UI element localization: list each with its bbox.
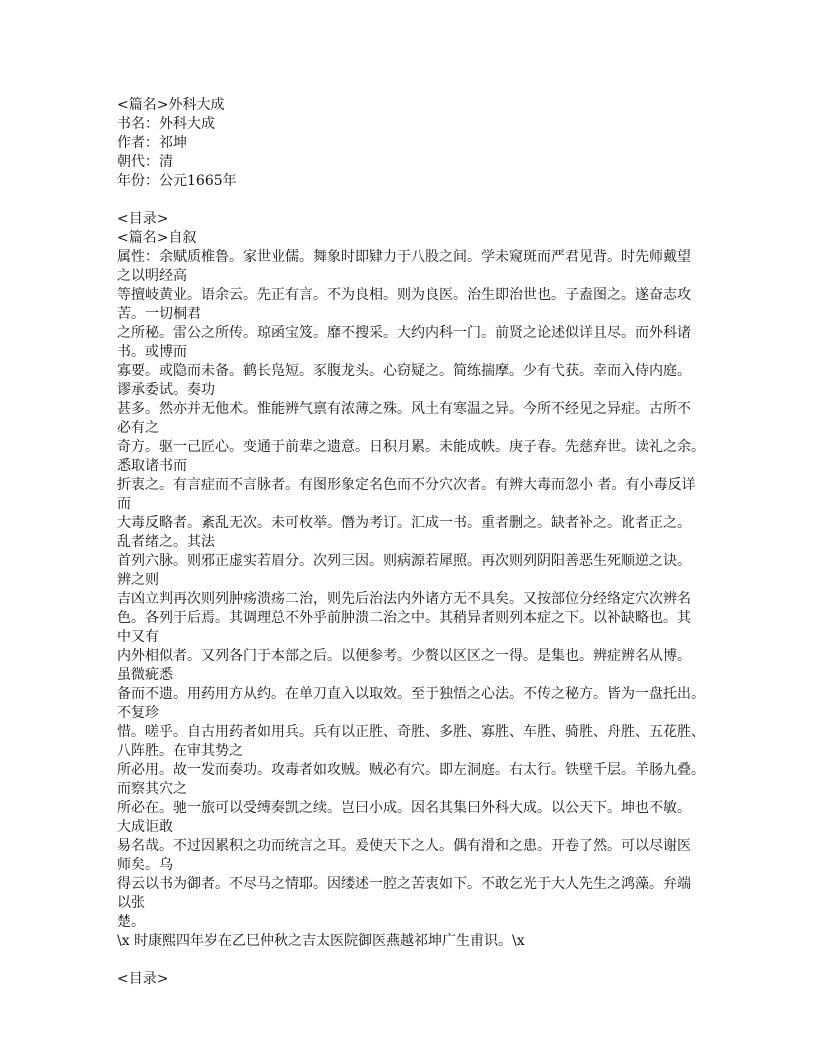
text-line: 大毒反略者。紊乱无次。未可枚举。僭为考订。汇成一书。重者删之。缺者补之。讹者正之…: [117, 514, 717, 533]
text-line: 折衷之。有言症而不言脉者。有图形象定名色而不分穴次者。有辨大毒而忽小 者。有小毒…: [117, 476, 717, 495]
text-line: 内外相似者。又列各门于本部之后。以便参考。少赘以区区之一得。是集也。辨症辨名从博…: [117, 647, 717, 666]
text-line: 不复珍: [117, 704, 717, 723]
section-title: <篇名>自叙: [117, 229, 717, 248]
chapter-tag: <篇名>外科大成: [117, 96, 717, 115]
text-line: 备而不遗。用药用方从约。在单刀直入以取效。至于独悟之心法。不传之秘方。皆为一盘托…: [117, 685, 717, 704]
text-line: 师矣。乌: [117, 856, 717, 875]
text-line: 八阵胜。在审其势之: [117, 742, 717, 761]
text-line: 必有之: [117, 419, 717, 438]
text-line: 书。或博而: [117, 343, 717, 362]
text-line: 乱者绪之。其法: [117, 533, 717, 552]
text-line: 大成讵敢: [117, 818, 717, 837]
text-line: 吉凶立判再次则列肿疡溃疡二治，则先后治法内外诸方无不具矣。又按部位分经络定穴次辨…: [117, 590, 717, 609]
text-line: 以张: [117, 894, 717, 913]
text-line: 甚多。然亦并无他术。惟能辨气禀有浓薄之殊。风土有寒温之异。今所不经见之异症。古所…: [117, 400, 717, 419]
dynasty: 朝代：清: [117, 153, 717, 172]
blank-line: [117, 951, 717, 970]
year: 年份：公元1665年: [117, 172, 717, 191]
signature-line: \x 时康熙四年岁在乙巳仲秋之吉太医院御医燕越祁坤广生甫识。\x: [117, 932, 717, 951]
text-line: 等擅岐黄业。语余云。先正有言。不为良相。则为良医。治生即治世也。子盍图之。遂奋志…: [117, 286, 717, 305]
text-line: 惜。嗟乎。自古用药者如用兵。兵有以正胜、奇胜、多胜、寡胜、车胜、骑胜、舟胜、五花…: [117, 723, 717, 742]
text-line: 色。各列于后焉。其调理总不外乎前肿溃二治之中。其稍异者则列本症之下。以补缺略也。…: [117, 609, 717, 628]
blank-line: [117, 191, 717, 210]
text-line: 中又有: [117, 628, 717, 647]
text-line: 虽微疵悉: [117, 666, 717, 685]
text-line: 寡要。或隐而未备。鹤长凫短。豕腹龙头。心窃疑之。简练揣摩。少有弋获。幸而入侍内庭…: [117, 362, 717, 381]
text-line: 之以明经高: [117, 267, 717, 286]
text-line: 而: [117, 495, 717, 514]
text-line: 属性：余赋质椎鲁。家世业儒。舞象时即肄力于八股之间。学未窥斑而严君见背。时先师戴…: [117, 248, 717, 267]
book-name: 书名：外科大成: [117, 115, 717, 134]
text-line: 悉取诸书而: [117, 457, 717, 476]
text-line: 所必在。驰一旅可以受缚奏凯之续。岂曰小成。因名其集曰外科大成。以公天下。坤也不敏…: [117, 799, 717, 818]
text-line: 楚。: [117, 913, 717, 932]
text-line: 辨之则: [117, 571, 717, 590]
text-line: 得云以书为御者。不尽马之情耶。因缕述一腔之苦衷如下。不敢乞光于大人先生之鸿藻。弁…: [117, 875, 717, 894]
text-line: 而察其穴之: [117, 780, 717, 799]
text-line: 谬承委试。奏功: [117, 381, 717, 400]
document-page: <篇名>外科大成 书名：外科大成 作者：祁坤 朝代：清 年份：公元1665年 <…: [117, 96, 717, 989]
text-line: 苦。一切桐君: [117, 305, 717, 324]
text-line: 之所秘。雷公之所传。琼函宝笈。靡不搜采。大约内科一门。前贤之论述似详且尽。而外科…: [117, 324, 717, 343]
text-line: 首列六脉。则邪正虚实若眉分。次列三因。则病源若犀照。再次则列阴阳善恶生死顺逆之诀…: [117, 552, 717, 571]
toc-tag: <目录>: [117, 210, 717, 229]
toc-tag: <目录>: [117, 970, 717, 989]
author: 作者：祁坤: [117, 134, 717, 153]
text-line: 奇方。驱一己匠心。变通于前辈之遗意。日积月累。未能成帙。庚子春。先慈弃世。读礼之…: [117, 438, 717, 457]
text-line: 所必用。故一发而奏功。攻毒者如攻贼。贼必有穴。即左洞庭。右太行。铁壁千层。羊肠九…: [117, 761, 717, 780]
text-line: 易名哉。不过因累积之功而统言之耳。爰使天下之人。偶有滑和之患。开卷了然。可以尽谢…: [117, 837, 717, 856]
